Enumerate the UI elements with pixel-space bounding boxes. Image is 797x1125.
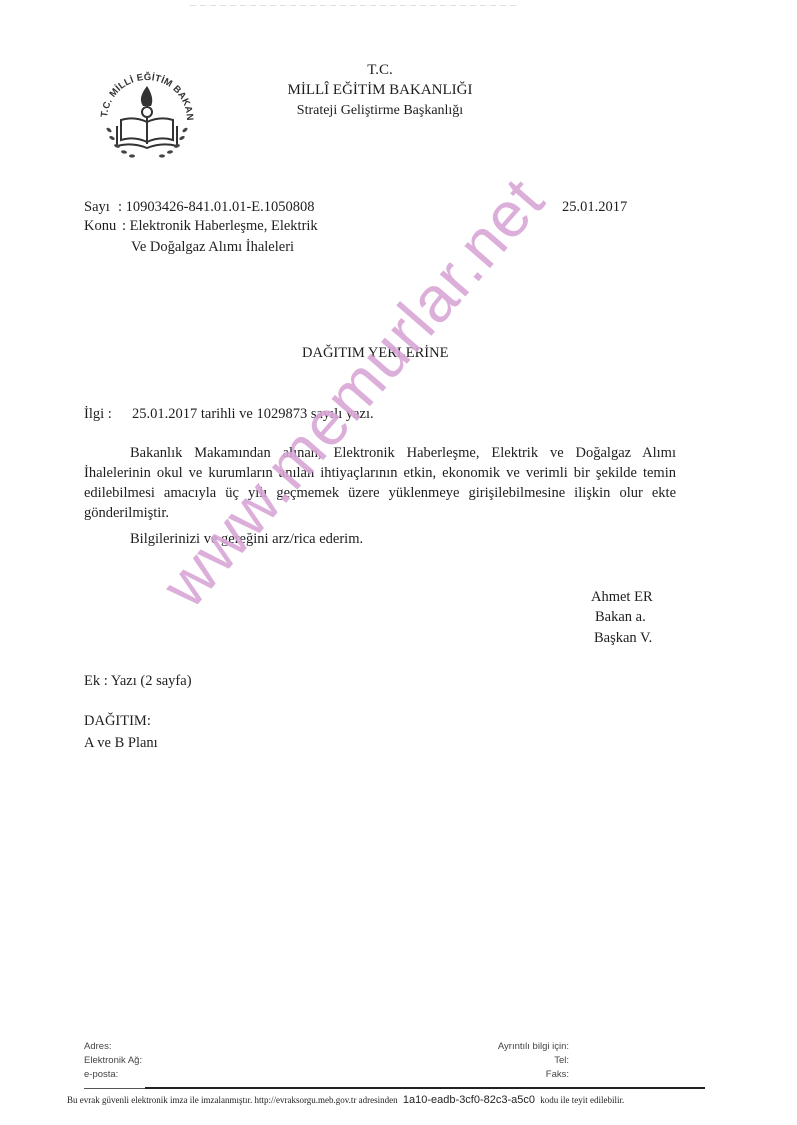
sayi-value: : 10903426-841.01.01-E.1050808 [118, 199, 315, 216]
verify-prefix: Bu evrak güvenli elektronik imza ile imz… [67, 1095, 398, 1105]
sayi-label: Sayı [84, 199, 110, 216]
signatory-title-2: Başkan V. [594, 630, 652, 647]
verify-code: 1a10-eadb-3cf0-82c3-a5c0 [403, 1094, 535, 1106]
footer-email-label: e-posta: [84, 1069, 118, 1080]
footer-address-label: Adres: [84, 1041, 111, 1052]
footer-web-label: Elektronik Ağ: [84, 1055, 142, 1066]
ministry-logo-icon: T.C. MİLLİ EĞİTİM BAKANLIĞI [93, 58, 201, 166]
distribution-value: A ve B Planı [84, 735, 158, 752]
ilgi-label: İlgi : [84, 406, 112, 423]
attachment-note: Ek : Yazı (2 sayfa) [84, 673, 192, 690]
scan-artifact-line [190, 5, 520, 6]
header-tc: T.C. [260, 62, 500, 79]
konu-line1: : Elektronik Haberleşme, Elektrik [122, 218, 318, 235]
body-paragraph-1: Bakanlık Makamından alınan, Elektronik H… [84, 443, 676, 523]
ilgi-value: 25.01.2017 tarihli ve 1029873 sayılı yaz… [132, 406, 374, 423]
konu-label: Konu [84, 218, 116, 235]
signatory-name: Ahmet ER [591, 589, 653, 606]
header-department: Strateji Geliştirme Başkanlığı [260, 103, 500, 119]
svg-text:T.C. MİLLİ EĞİTİM BAKANLIĞI: T.C. MİLLİ EĞİTİM BAKANLIĞI [93, 58, 195, 121]
e-signature-verification: Bu evrak güvenli elektronik imza ile imz… [67, 1094, 624, 1106]
footer-tel-label: Tel: [420, 1055, 569, 1066]
header-ministry: MİLLÎ EĞİTİM BAKANLIĞI [260, 82, 500, 99]
document-date: 25.01.2017 [562, 199, 627, 216]
body-paragraph-2: Bilgilerinizi ve gereğini arz/rica ederi… [84, 529, 676, 549]
recipient-heading: DAĞITIM YERLERİNE [302, 345, 448, 362]
footer-fax-label: Faks: [420, 1069, 569, 1080]
letter-body: Bakanlık Makamından alınan, Elektronik H… [84, 443, 676, 549]
signatory-title-1: Bakan a. [595, 609, 646, 626]
konu-line2: Ve Doğalgaz Alımı İhaleleri [131, 239, 294, 256]
distribution-label: DAĞITIM: [84, 713, 151, 730]
verify-suffix: kodu ile teyit edilebilir. [540, 1095, 624, 1105]
footer-info-label: Ayrıntılı bilgi için: [420, 1041, 569, 1052]
footer-divider-bold [145, 1087, 705, 1089]
